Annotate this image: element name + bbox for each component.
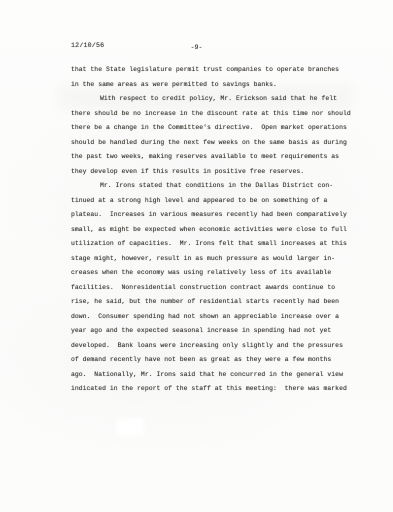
text-line: down. Consumer spending had not shown an…: [71, 310, 359, 325]
text-line: small, as might be expected when economi…: [71, 223, 359, 238]
paragraph: that the State legislature permit trust …: [71, 63, 359, 92]
text-line: creases when the economy was using relat…: [71, 266, 359, 281]
scan-light-spot: [116, 418, 144, 436]
document-body: that the State legislature permit trust …: [71, 63, 359, 397]
text-line: there should be no increase in the disco…: [71, 107, 359, 122]
text-line: utilization of capacities. Mr. Irons fel…: [71, 237, 359, 252]
text-line: that the State legislature permit trust …: [71, 63, 359, 78]
paragraph: With respect to credit policy, Mr. Erick…: [71, 92, 359, 179]
text-line: the past two weeks, making reserves avai…: [71, 150, 359, 165]
text-line: indicated in the report of the staff at …: [71, 382, 359, 397]
document-page: 12/10/56 -9- that the State legislature …: [0, 0, 393, 512]
text-line: in the same areas as were permitted to s…: [71, 78, 359, 93]
text-line: they develop even if this results in pos…: [71, 165, 359, 180]
text-line: should be handled during the next few we…: [71, 136, 359, 151]
page-number: -9-: [0, 44, 393, 51]
text-line: of demand recently have not been as grea…: [71, 353, 359, 368]
text-line: plateau. Increases in various measures r…: [71, 208, 359, 223]
text-line: Mr. Irons stated that conditions in the …: [71, 179, 359, 194]
text-line: stage might, however, result in as much …: [71, 252, 359, 267]
text-line: With respect to credit policy, Mr. Erick…: [71, 92, 359, 107]
text-line: tinued at a strong high level and appear…: [71, 194, 359, 209]
text-line: there be a change in the Committee's dir…: [71, 121, 359, 136]
text-line: year ago and the expected seasonal incre…: [71, 324, 359, 339]
text-line: rise, he said, but the number of residen…: [71, 295, 359, 310]
text-line: facilities. Nonresidential construction …: [71, 281, 359, 296]
text-line: developed. Bank loans were increasing on…: [71, 339, 359, 354]
paragraph: Mr. Irons stated that conditions in the …: [71, 179, 359, 397]
text-line: ago. Nationally, Mr. Irons said that he …: [71, 368, 359, 383]
